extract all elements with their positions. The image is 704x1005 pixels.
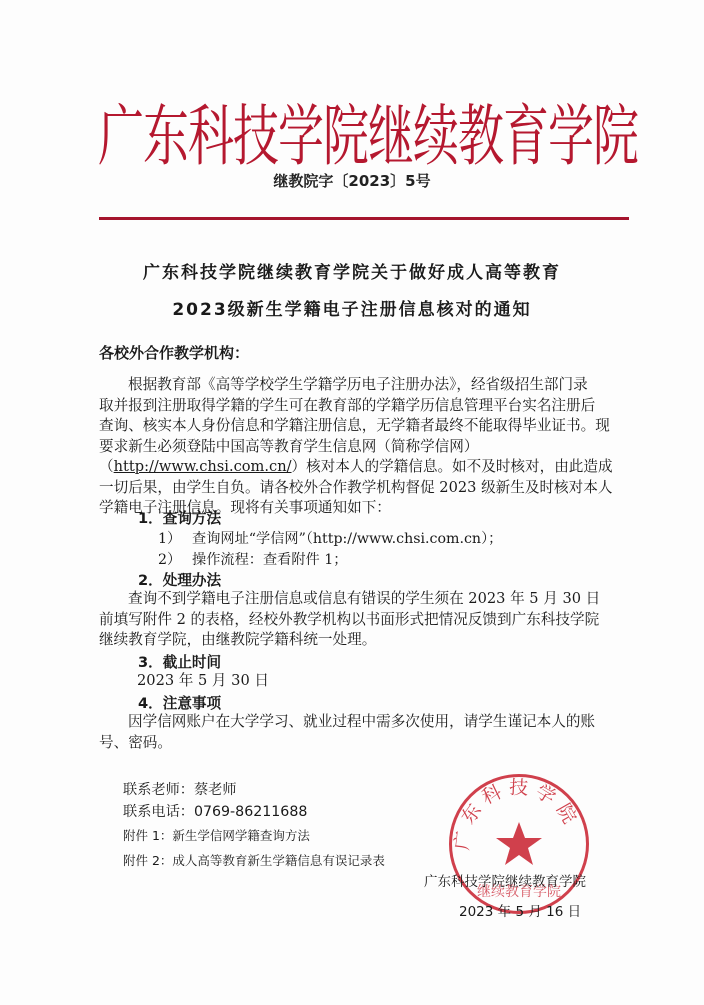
notice-title-line2: 2023级新生学籍电子注册信息核对的通知 — [0, 295, 704, 320]
intro-line: 根据教育部《高等学校学生学籍学历电子注册办法》，经省级招生部门录 — [99, 375, 599, 396]
para-line: 号、密码。 — [99, 733, 599, 754]
signature-issuer: 广东科技学院继续教育学院 — [424, 870, 586, 890]
handling-paragraph: 查询不到学籍电子注册信息或信息有错误的学生须在 2023 年 5 月 30 日 … — [99, 589, 599, 651]
attachment-item: 附件 2：成人高等教育新生学籍信息有误记录表 — [123, 851, 385, 869]
star-icon — [496, 822, 542, 865]
attachment-item: 附件 1：新生学信网学籍查询方法 — [123, 826, 310, 844]
intro-link-line: （http://www.chsi.com.cn/）核对本人的学籍信息。如不及时核… — [99, 457, 599, 478]
chsi-link[interactable]: http://www.chsi.com.cn/ — [114, 458, 292, 475]
seal-graphic: 广东科技学院 继续教育学院 — [449, 774, 589, 914]
link-trailing-text: ）核对本人的学籍信息。如不及时核对，由此造成 — [292, 458, 613, 475]
section-heading-notes: 4．注意事项 — [138, 692, 221, 713]
official-seal: 广东科技学院 继续教育学院 — [449, 774, 589, 914]
intro-line: 查询、核实本人身份信息和学籍注册信息，无学籍者最终不能取得毕业证书。现 — [99, 416, 599, 437]
contact-teacher: 联系老师：蔡老师 — [123, 779, 237, 799]
deadline-date: 2023 年 5 月 30 日 — [137, 671, 637, 692]
para-line: 前填写附件 2 的表格，经校外教学机构以书面形式把情况反馈到广东科技学院 — [99, 610, 599, 631]
salutation: 各校外合作教学机构： — [99, 342, 249, 363]
signature-date: 2023 年 5 月 16 日 — [459, 900, 581, 920]
notes-paragraph: 因学信网账户在大学学习、就业过程中需多次使用，请学生谨记本人的账 号、密码。 — [99, 712, 599, 753]
item-text: 操作流程：查看附件 1； — [192, 552, 347, 568]
header-divider-rule — [99, 217, 629, 220]
item-number: 1） — [158, 528, 192, 548]
contact-phone: 联系电话：0769-86211688 — [123, 801, 307, 821]
item-number: 2） — [158, 549, 192, 569]
intro-paragraph: 根据教育部《高等学校学生学籍学历电子注册办法》，经省级招生部门录 取并报到注册取… — [99, 375, 599, 519]
section-heading-handling: 2．处理办法 — [138, 569, 221, 590]
para-line: 继续教育学院，由继教院学籍科统一处理。 — [99, 630, 599, 651]
para-line: 查询不到学籍电子注册信息或信息有错误的学生须在 2023 年 5 月 30 日 — [99, 589, 599, 610]
section-heading-query-method: 1．查询方法 — [138, 507, 221, 528]
intro-line: 要求新生必须登陆中国高等教育学生信息网（简称学信网） — [99, 437, 599, 458]
section-item: 1）查询网址“学信网”（http://www.chsi.com.cn）； — [158, 528, 502, 548]
section-heading-deadline: 3．截止时间 — [138, 651, 221, 672]
intro-line: 一切后果，由学生自负。请各校外合作教学机构督促 2023 级新生及时核对本人 — [99, 478, 599, 499]
intro-line: 取并报到注册取得学籍的学生可在教育部的学籍学历信息管理平台实名注册后 — [99, 396, 599, 417]
item-text: 查询网址“学信网”（http://www.chsi.com.cn）； — [192, 531, 502, 547]
document-number: 继教院字〔2023〕5号 — [0, 170, 704, 191]
section-item: 2）操作流程：查看附件 1； — [158, 549, 347, 569]
para-line: 因学信网账户在大学学习、就业过程中需多次使用，请学生谨记本人的账 — [99, 712, 599, 733]
link-open-paren: （ — [99, 458, 114, 475]
notice-title-line1: 广东科技学院继续教育学院关于做好成人高等教育 — [0, 258, 704, 283]
